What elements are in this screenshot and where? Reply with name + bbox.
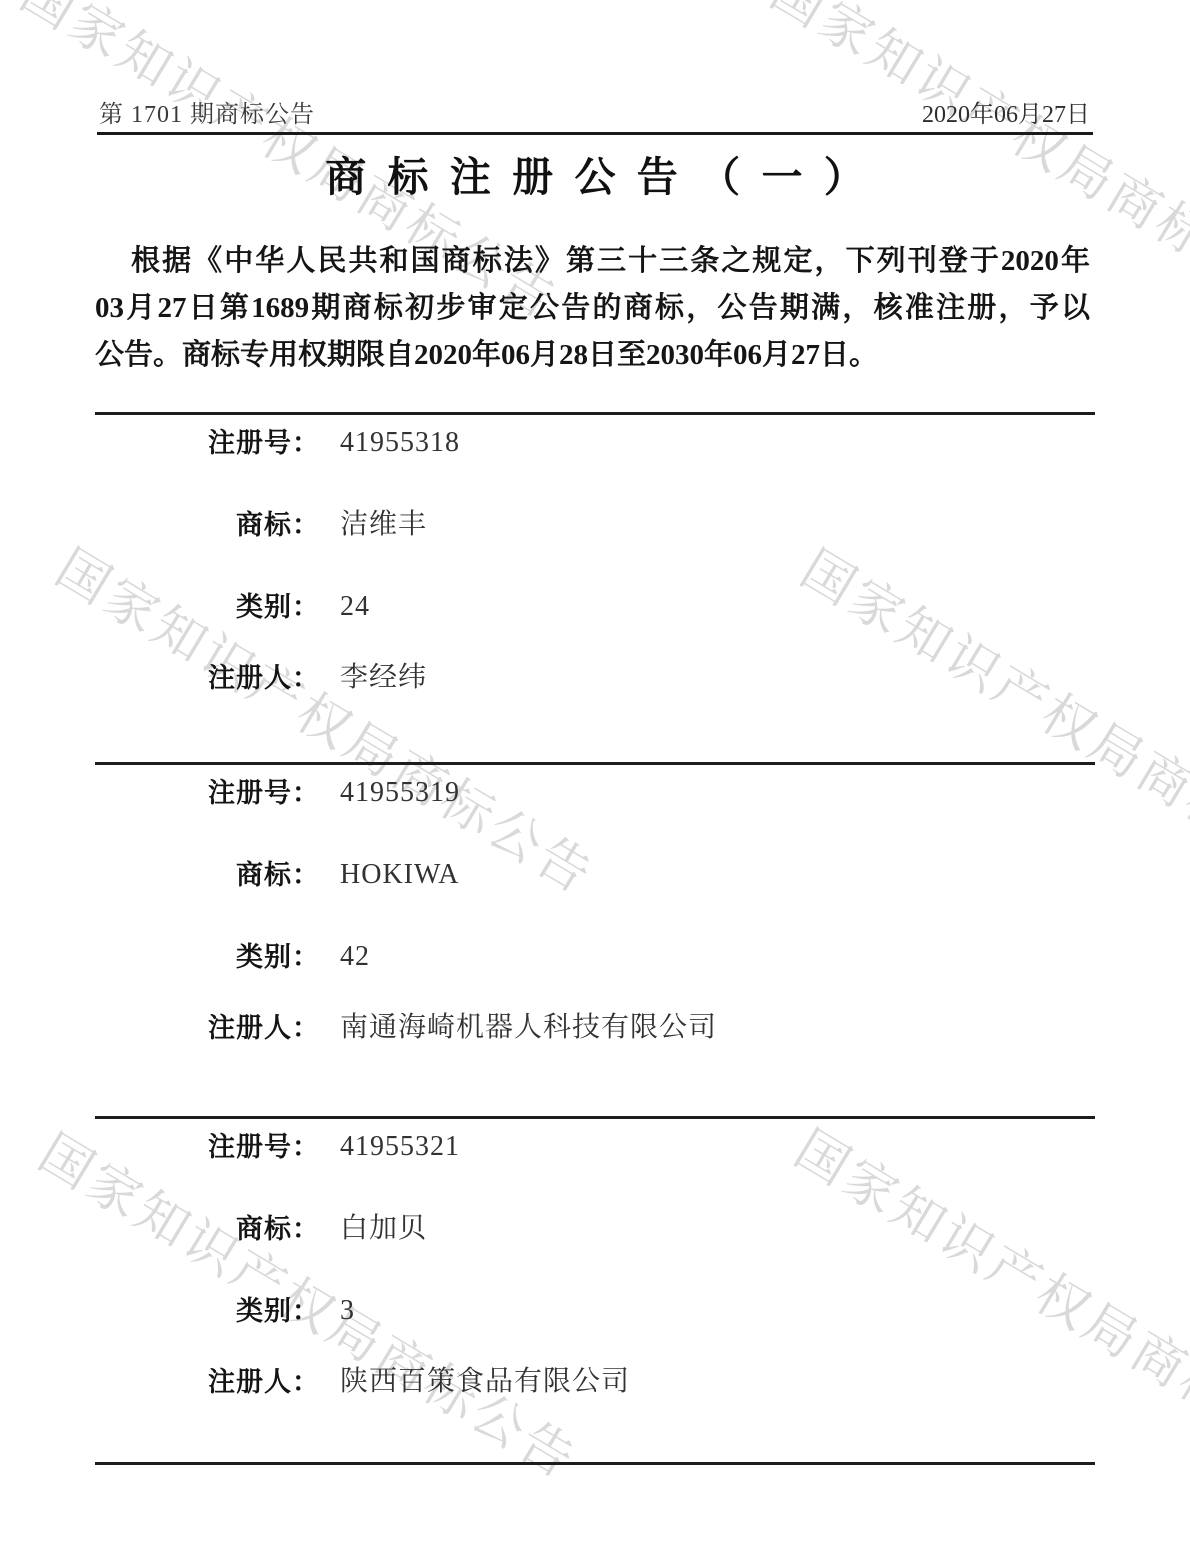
reg-no-value: 41955319 xyxy=(340,777,460,809)
record-separator xyxy=(95,1116,1095,1119)
trademark-label: 商标： xyxy=(95,509,320,541)
registrant-value: 南通海崎机器人科技有限公司 xyxy=(340,1012,717,1044)
trademark-value: 白加贝 xyxy=(340,1213,427,1245)
category-label: 类别： xyxy=(95,1295,320,1327)
gazette-date: 2020年06月27日 xyxy=(922,94,1090,129)
record-separator xyxy=(95,762,1095,765)
record-separator xyxy=(95,412,1095,415)
record-separator xyxy=(95,1462,1095,1465)
category-value: 3 xyxy=(340,1295,355,1327)
registrant-label: 注册人： xyxy=(95,1012,320,1044)
reg-no-label: 注册号： xyxy=(95,427,320,459)
reg-no-value: 41955318 xyxy=(340,427,460,459)
category-label: 类别： xyxy=(95,591,320,623)
gazette-page: 国家知识产权局商标公告 国家知识产权局商标公告 国家知识产权局商标公告 国家知识… xyxy=(0,0,1190,1564)
intro-line: 公告。商标专用权期限自2020年06月28日至2030年06月27日。 xyxy=(95,332,1090,379)
reg-no-label: 注册号： xyxy=(95,1131,320,1163)
category-label: 类别： xyxy=(95,941,320,973)
trademark-label: 商标： xyxy=(95,859,320,891)
header-rule xyxy=(97,132,1093,135)
registrant-value: 李经纬 xyxy=(340,662,427,694)
trademark-label: 商标： xyxy=(95,1213,320,1245)
gazette-issue-number: 第 1701 期商标公告 xyxy=(99,94,315,129)
category-value: 24 xyxy=(340,591,370,623)
intro-line: 03月27日第1689期商标初步审定公告的商标，公告期满，核准注册，予以 xyxy=(95,285,1090,332)
registrant-value: 陕西百策食品有限公司 xyxy=(340,1366,630,1398)
page-content: 第 1701 期商标公告 2020年06月27日 商标注册公告（一） 根据《中华… xyxy=(0,0,1190,1564)
trademark-value: HOKIWA xyxy=(340,859,460,891)
reg-no-label: 注册号： xyxy=(95,777,320,809)
reg-no-value: 41955321 xyxy=(340,1131,460,1163)
intro-line: 根据《中华人民共和国商标法》第三十三条之规定，下列刊登于2020年 xyxy=(95,238,1090,285)
category-value: 42 xyxy=(340,941,370,973)
intro-paragraph: 根据《中华人民共和国商标法》第三十三条之规定，下列刊登于2020年 03月27日… xyxy=(95,238,1090,379)
page-title: 商标注册公告（一） xyxy=(0,144,1190,203)
registrant-label: 注册人： xyxy=(95,662,320,694)
registrant-label: 注册人： xyxy=(95,1366,320,1398)
trademark-value: 洁维丰 xyxy=(340,509,427,541)
